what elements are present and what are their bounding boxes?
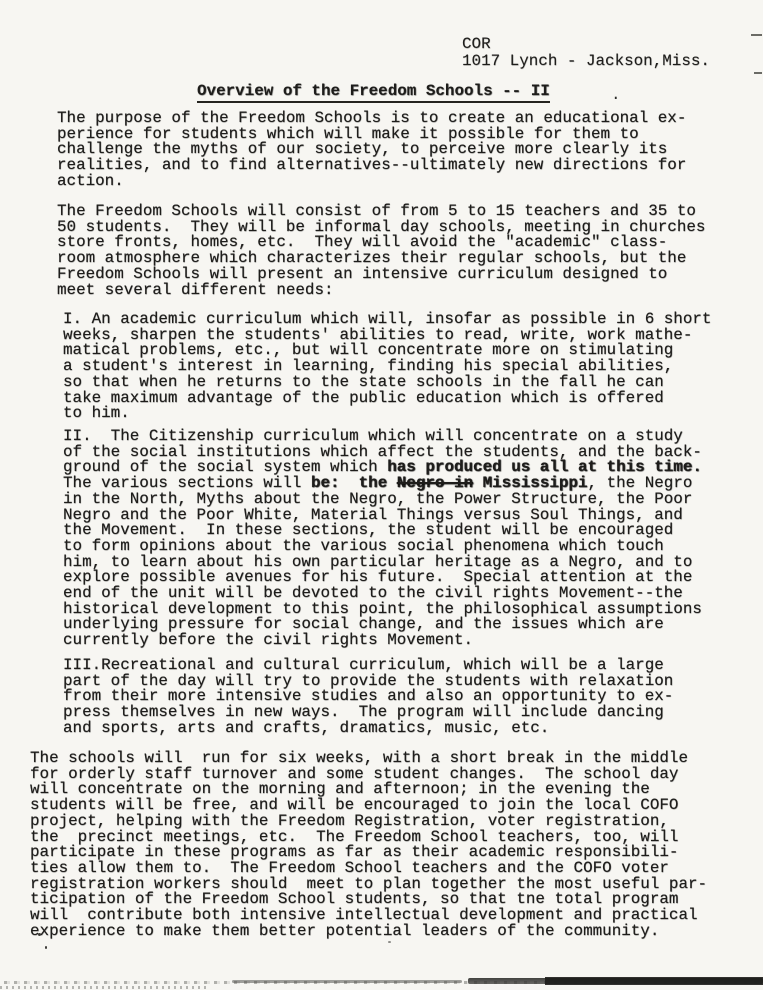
header-block: COR 1017 Lynch - Jackson,Miss. xyxy=(462,36,710,70)
section-citizenship-curriculum: II. The Citizenship curriculum which wil… xyxy=(63,429,702,649)
photocopy-smudge-segment xyxy=(232,980,462,983)
paragraph-purpose: The purpose of the Freedom Schools is to… xyxy=(57,111,686,190)
citizenship-text-3: , the Negro in the North, Myths about th… xyxy=(63,474,702,649)
photocopy-edge-mark xyxy=(754,72,762,74)
section-recreational-curriculum: III.Recreational and cultural curriculum… xyxy=(63,658,673,737)
photocopy-smudge-speckle xyxy=(0,986,210,989)
page-title: Overview of the Freedom Schools -- II xyxy=(197,82,550,103)
paragraph-school-structure: The Freedom Schools will consist of from… xyxy=(57,204,705,298)
stray-mark-dot: . xyxy=(611,86,621,104)
paragraph-schedule-cofo: The schools will run for six weeks, with… xyxy=(30,751,707,939)
photocopy-speck xyxy=(388,941,391,943)
header-address: 1017 Lynch - Jackson,Miss. xyxy=(462,53,710,70)
photocopy-speck xyxy=(38,933,41,936)
photocopy-edge-mark xyxy=(751,34,762,36)
photocopy-speck xyxy=(45,946,47,949)
photocopy-smudge-segment xyxy=(545,977,763,985)
document-page: COR 1017 Lynch - Jackson,Miss. Overview … xyxy=(0,0,763,990)
header-org: COR xyxy=(462,36,710,53)
section-academic-curriculum: I. An academic curriculum which will, in… xyxy=(63,312,711,422)
